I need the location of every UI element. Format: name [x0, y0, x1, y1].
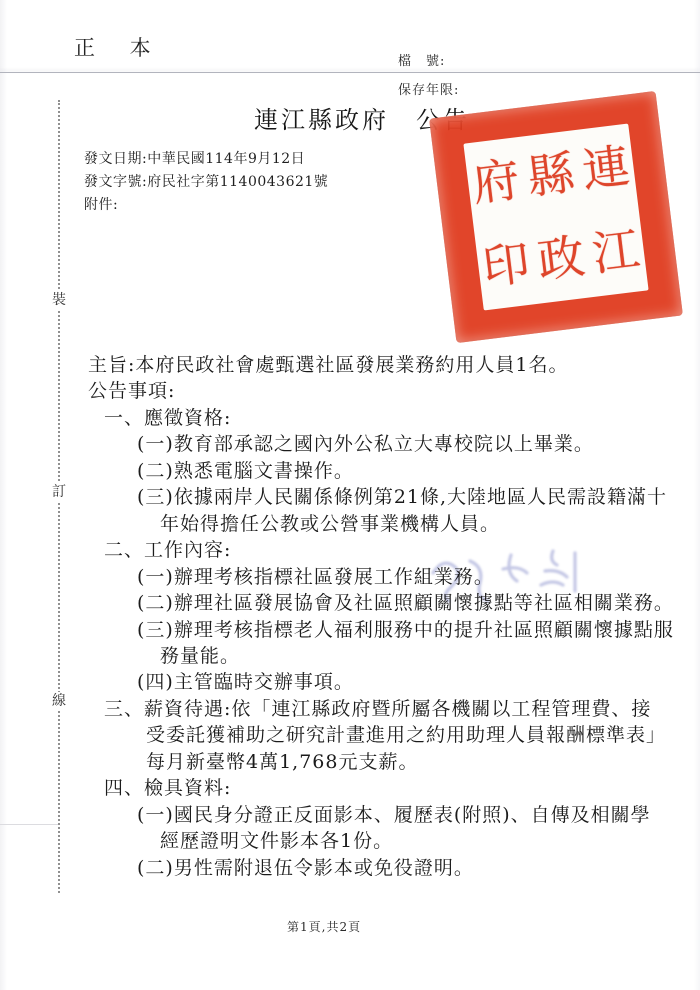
doc-number-value: 府民社字第1140043621號: [147, 174, 328, 190]
attachment-row: 附件:: [84, 194, 328, 217]
body-line: (二)男性需附退伍令影本或免役證明。: [137, 855, 674, 881]
binding-mark-xian: 線: [49, 692, 69, 710]
body-line: (三)辦理考核指標老人福利服務中的提升社區照顧關懷據點服: [137, 617, 674, 643]
body-line-items-head: 公告事項:: [88, 378, 674, 404]
document-meta-block: 發文日期:中華民國114年9月12日 發文字號:府民社字第1140043621號…: [84, 148, 328, 217]
binding-mark-ding: 訂: [49, 483, 69, 501]
body-line: (一)教育部承認之國內外公私立大專校院以上畢業。: [137, 431, 674, 457]
doc-number-row: 發文字號:府民社字第1140043621號: [84, 171, 328, 194]
attachment-label: 附件:: [84, 197, 118, 213]
copy-type-label: 正 本: [74, 32, 165, 62]
seal-char: 連: [580, 142, 632, 194]
seal-char: 府: [470, 156, 522, 208]
body-line: 務量能。: [160, 643, 674, 669]
seal-char: 政: [535, 232, 587, 284]
issue-date-label: 發文日期:: [84, 151, 147, 167]
body-line: 四、檢具資料:: [104, 775, 674, 801]
seal-char: 印: [480, 239, 532, 291]
seal-char: 縣: [525, 149, 577, 201]
page-indicator: 第1頁,共2頁: [287, 918, 361, 935]
retention-period-label: 保存年限:: [398, 79, 459, 98]
body-line: (四)主管臨時交辦事項。: [137, 669, 674, 695]
announcement-body: 主旨:本府民政社會處甄選社區發展業務約用人員1名。 公告事項: 一、應徵資格: …: [88, 352, 674, 881]
issue-date-value: 中華民國114年9月12日: [147, 151, 305, 167]
scanned-document-page: 正 本 檔 號: 保存年限: 連江縣政府 公告 發文日期:中華民國114年9月1…: [0, 0, 700, 990]
body-line: 年始得擔任公教或公營事業機構人員。: [160, 511, 674, 537]
header-divider-line: [0, 72, 700, 73]
body-line: 經歷證明文件影本各1份。: [160, 828, 674, 854]
body-line: 一、應徵資格:: [104, 405, 674, 431]
body-line: (二)熟悉電腦文書操作。: [137, 458, 674, 484]
official-seal-characters: 連 縣 府 江 政 印: [463, 124, 648, 311]
body-line: (二)辦理社區發展協會及社區照顧關懷據點等社區相關業務。: [137, 590, 674, 616]
body-line: 二、工作內容:: [104, 537, 674, 563]
body-line: 每月新臺幣4萬1,768元支薪。: [146, 749, 674, 775]
official-seal-stamp: 連 縣 府 江 政 印: [429, 91, 683, 343]
body-line: (三)依據兩岸人民關係條例第21條,大陸地區人民需設籍滿十: [137, 484, 674, 510]
body-line: (一)國民身分證正反面影本、履歷表(附照)、自傳及相關學: [137, 802, 674, 828]
seal-char: 江: [590, 226, 642, 278]
issue-date-row: 發文日期:中華民國114年9月12日: [84, 148, 328, 171]
scan-fold-artifact: [0, 824, 58, 825]
doc-number-label: 發文字號:: [84, 174, 147, 190]
file-number-label: 檔 號:: [398, 50, 445, 69]
body-line: 三、薪資待遇:依「連江縣政府暨所屬各機關以工程管理費、接: [104, 696, 674, 722]
binding-mark-zhuang: 裝: [49, 291, 69, 309]
body-line-subject: 主旨:本府民政社會處甄選社區發展業務約用人員1名。: [88, 352, 674, 378]
body-line: (一)辦理考核指標社區發展工作組業務。: [137, 564, 674, 590]
body-line: 受委託獲補助之研究計畫進用之約用助理人員報酬標準表」: [146, 722, 674, 748]
